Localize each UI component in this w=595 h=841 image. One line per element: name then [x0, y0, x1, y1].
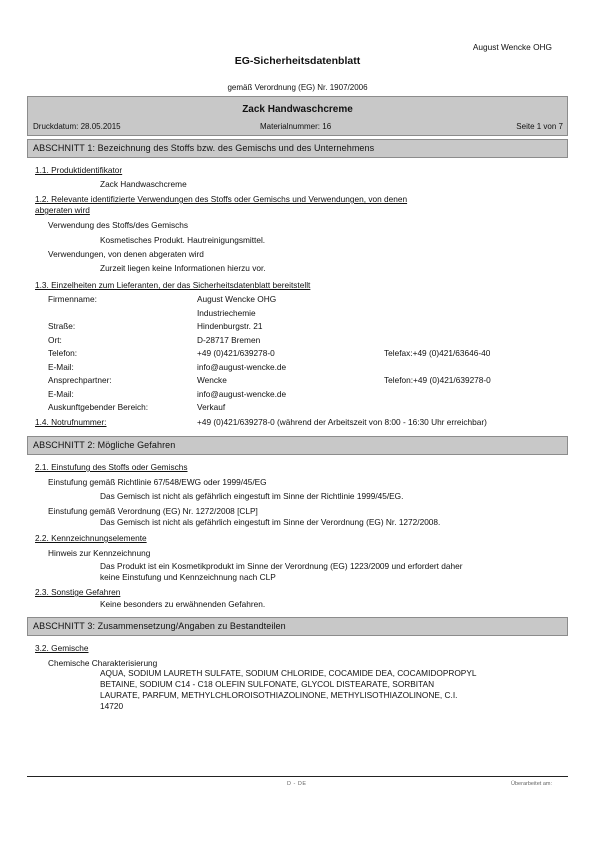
- supplier-label: Ansprechpartner:: [48, 375, 112, 385]
- product-identifier: Zack Handwaschcreme: [100, 179, 187, 189]
- supplier-label: E-Mail:: [48, 389, 74, 399]
- supplier-extra: Telefax:+49 (0)421/63646-40: [384, 348, 490, 358]
- subsection-1-2-title-line2: abgeraten wird: [35, 205, 90, 215]
- supplier-value: Hindenburgstr. 21: [197, 321, 263, 331]
- other-hazards-value: Keine besonders zu erwähnenden Gefahren.: [100, 599, 265, 609]
- product-header-box: Zack Handwaschcreme Druckdatum: 28.05.20…: [27, 96, 568, 136]
- material-number: Materialnummer: 16: [260, 122, 331, 131]
- section-3-header: ABSCHNITT 3: Zusammensetzung/Angaben zu …: [27, 617, 568, 636]
- supplier-value: Verkauf: [197, 402, 225, 412]
- directive-classification-value: Das Gemisch ist nicht als gefährlich ein…: [100, 491, 403, 501]
- labelling-hint-label: Hinweis zur Kennzeichnung: [48, 548, 150, 558]
- supplier-value: Industriechemie: [197, 308, 256, 318]
- use-label: Verwendung des Stoffs/des Gemischs: [48, 220, 188, 230]
- footer-country-code: D - DE: [287, 781, 307, 787]
- subsection-1-1-title: 1.1. Produktidentifikator: [35, 165, 122, 175]
- clp-classification-label: Einstufung gemäß Verordnung (EG) Nr. 127…: [48, 506, 258, 516]
- supplier-label: E-Mail:: [48, 362, 74, 372]
- footer-revised-date: Überarbeitet am:: [511, 781, 552, 787]
- supplier-label: Ort:: [48, 335, 62, 345]
- section-1-title: ABSCHNITT 1: Bezeichnung des Stoffs bzw.…: [33, 143, 374, 153]
- supplier-value: Wencke: [197, 375, 227, 385]
- company-name: August Wencke OHG: [473, 42, 552, 52]
- subsection-2-3-title: 2.3. Sonstige Gefahren: [35, 587, 120, 597]
- subsection-3-2-title: 3.2. Gemische: [35, 643, 89, 653]
- section-3-title: ABSCHNITT 3: Zusammensetzung/Angaben zu …: [33, 621, 286, 631]
- supplier-label: Firmenname:: [48, 294, 97, 304]
- section-2-header: ABSCHNITT 2: Mögliche Gefahren: [27, 436, 568, 455]
- subsection-1-4-title: 1.4. Notrufnummer:: [35, 417, 106, 427]
- supplier-label: Auskunftgebender Bereich:: [48, 402, 148, 412]
- document-title: EG-Sicherheitsdatenblatt: [0, 55, 595, 67]
- supplier-extra: Telefon:+49 (0)421/639278-0: [384, 375, 491, 385]
- supplier-value: info@august-wencke.de: [197, 362, 286, 372]
- directive-classification-label: Einstufung gemäß Richtlinie 67/548/EWG o…: [48, 477, 267, 487]
- supplier-label: Telefon:: [48, 348, 77, 358]
- clp-classification-value: Das Gemisch ist nicht als gefährlich ein…: [100, 517, 440, 527]
- emergency-number: +49 (0)421/639278-0 (während der Arbeits…: [197, 417, 487, 427]
- print-date: Druckdatum: 28.05.2015: [33, 122, 121, 131]
- supplier-value: August Wencke OHG: [197, 294, 276, 304]
- labelling-hint-line2: keine Einstufung und Kennzeichnung nach …: [100, 572, 276, 582]
- supplier-value: +49 (0)421/639278-0: [197, 348, 275, 358]
- section-2-title: ABSCHNITT 2: Mögliche Gefahren: [33, 440, 175, 450]
- supplier-value: D-28717 Bremen: [197, 335, 260, 345]
- product-name: Zack Handwaschcreme: [28, 104, 567, 115]
- supplier-label: Straße:: [48, 321, 75, 331]
- ingredients-line-3: LAURATE, PARFUM, METHYLCHLOROISOTHIAZOLI…: [100, 690, 457, 700]
- regulation-reference: gemäß Verordnung (EG) Nr. 1907/2006: [0, 83, 595, 92]
- ingredients-line-2: BETAINE, SODIUM C14 - C18 OLEFIN SULFONA…: [100, 679, 434, 689]
- footer-divider: [27, 776, 568, 777]
- subsection-1-2-title-line1: 1.2. Relevante identifizierte Verwendung…: [35, 194, 407, 204]
- advised-against-label: Verwendungen, von denen abgeraten wird: [48, 249, 204, 259]
- page-number: Seite 1 von 7: [516, 122, 563, 131]
- subsection-2-1-title: 2.1. Einstufung des Stoffs oder Gemischs: [35, 462, 188, 472]
- ingredients-line-4: 14720: [100, 701, 123, 711]
- labelling-hint-line1: Das Produkt ist ein Kosmetikprodukt im S…: [100, 561, 463, 571]
- ingredients-line-1: AQUA, SODIUM LAURETH SULFATE, SODIUM CHL…: [100, 668, 477, 678]
- supplier-value: info@august-wencke.de: [197, 389, 286, 399]
- use-value: Kosmetisches Produkt. Hautreinigungsmitt…: [100, 235, 265, 245]
- advised-against-value: Zurzeit liegen keine Informationen hierz…: [100, 263, 266, 273]
- subsection-1-3-title: 1.3. Einzelheiten zum Lieferanten, der d…: [35, 280, 310, 290]
- section-1-header: ABSCHNITT 1: Bezeichnung des Stoffs bzw.…: [27, 139, 568, 158]
- subsection-2-2-title: 2.2. Kennzeichnungselemente: [35, 533, 147, 543]
- chemical-characterisation-label: Chemische Charakterisierung: [48, 658, 157, 668]
